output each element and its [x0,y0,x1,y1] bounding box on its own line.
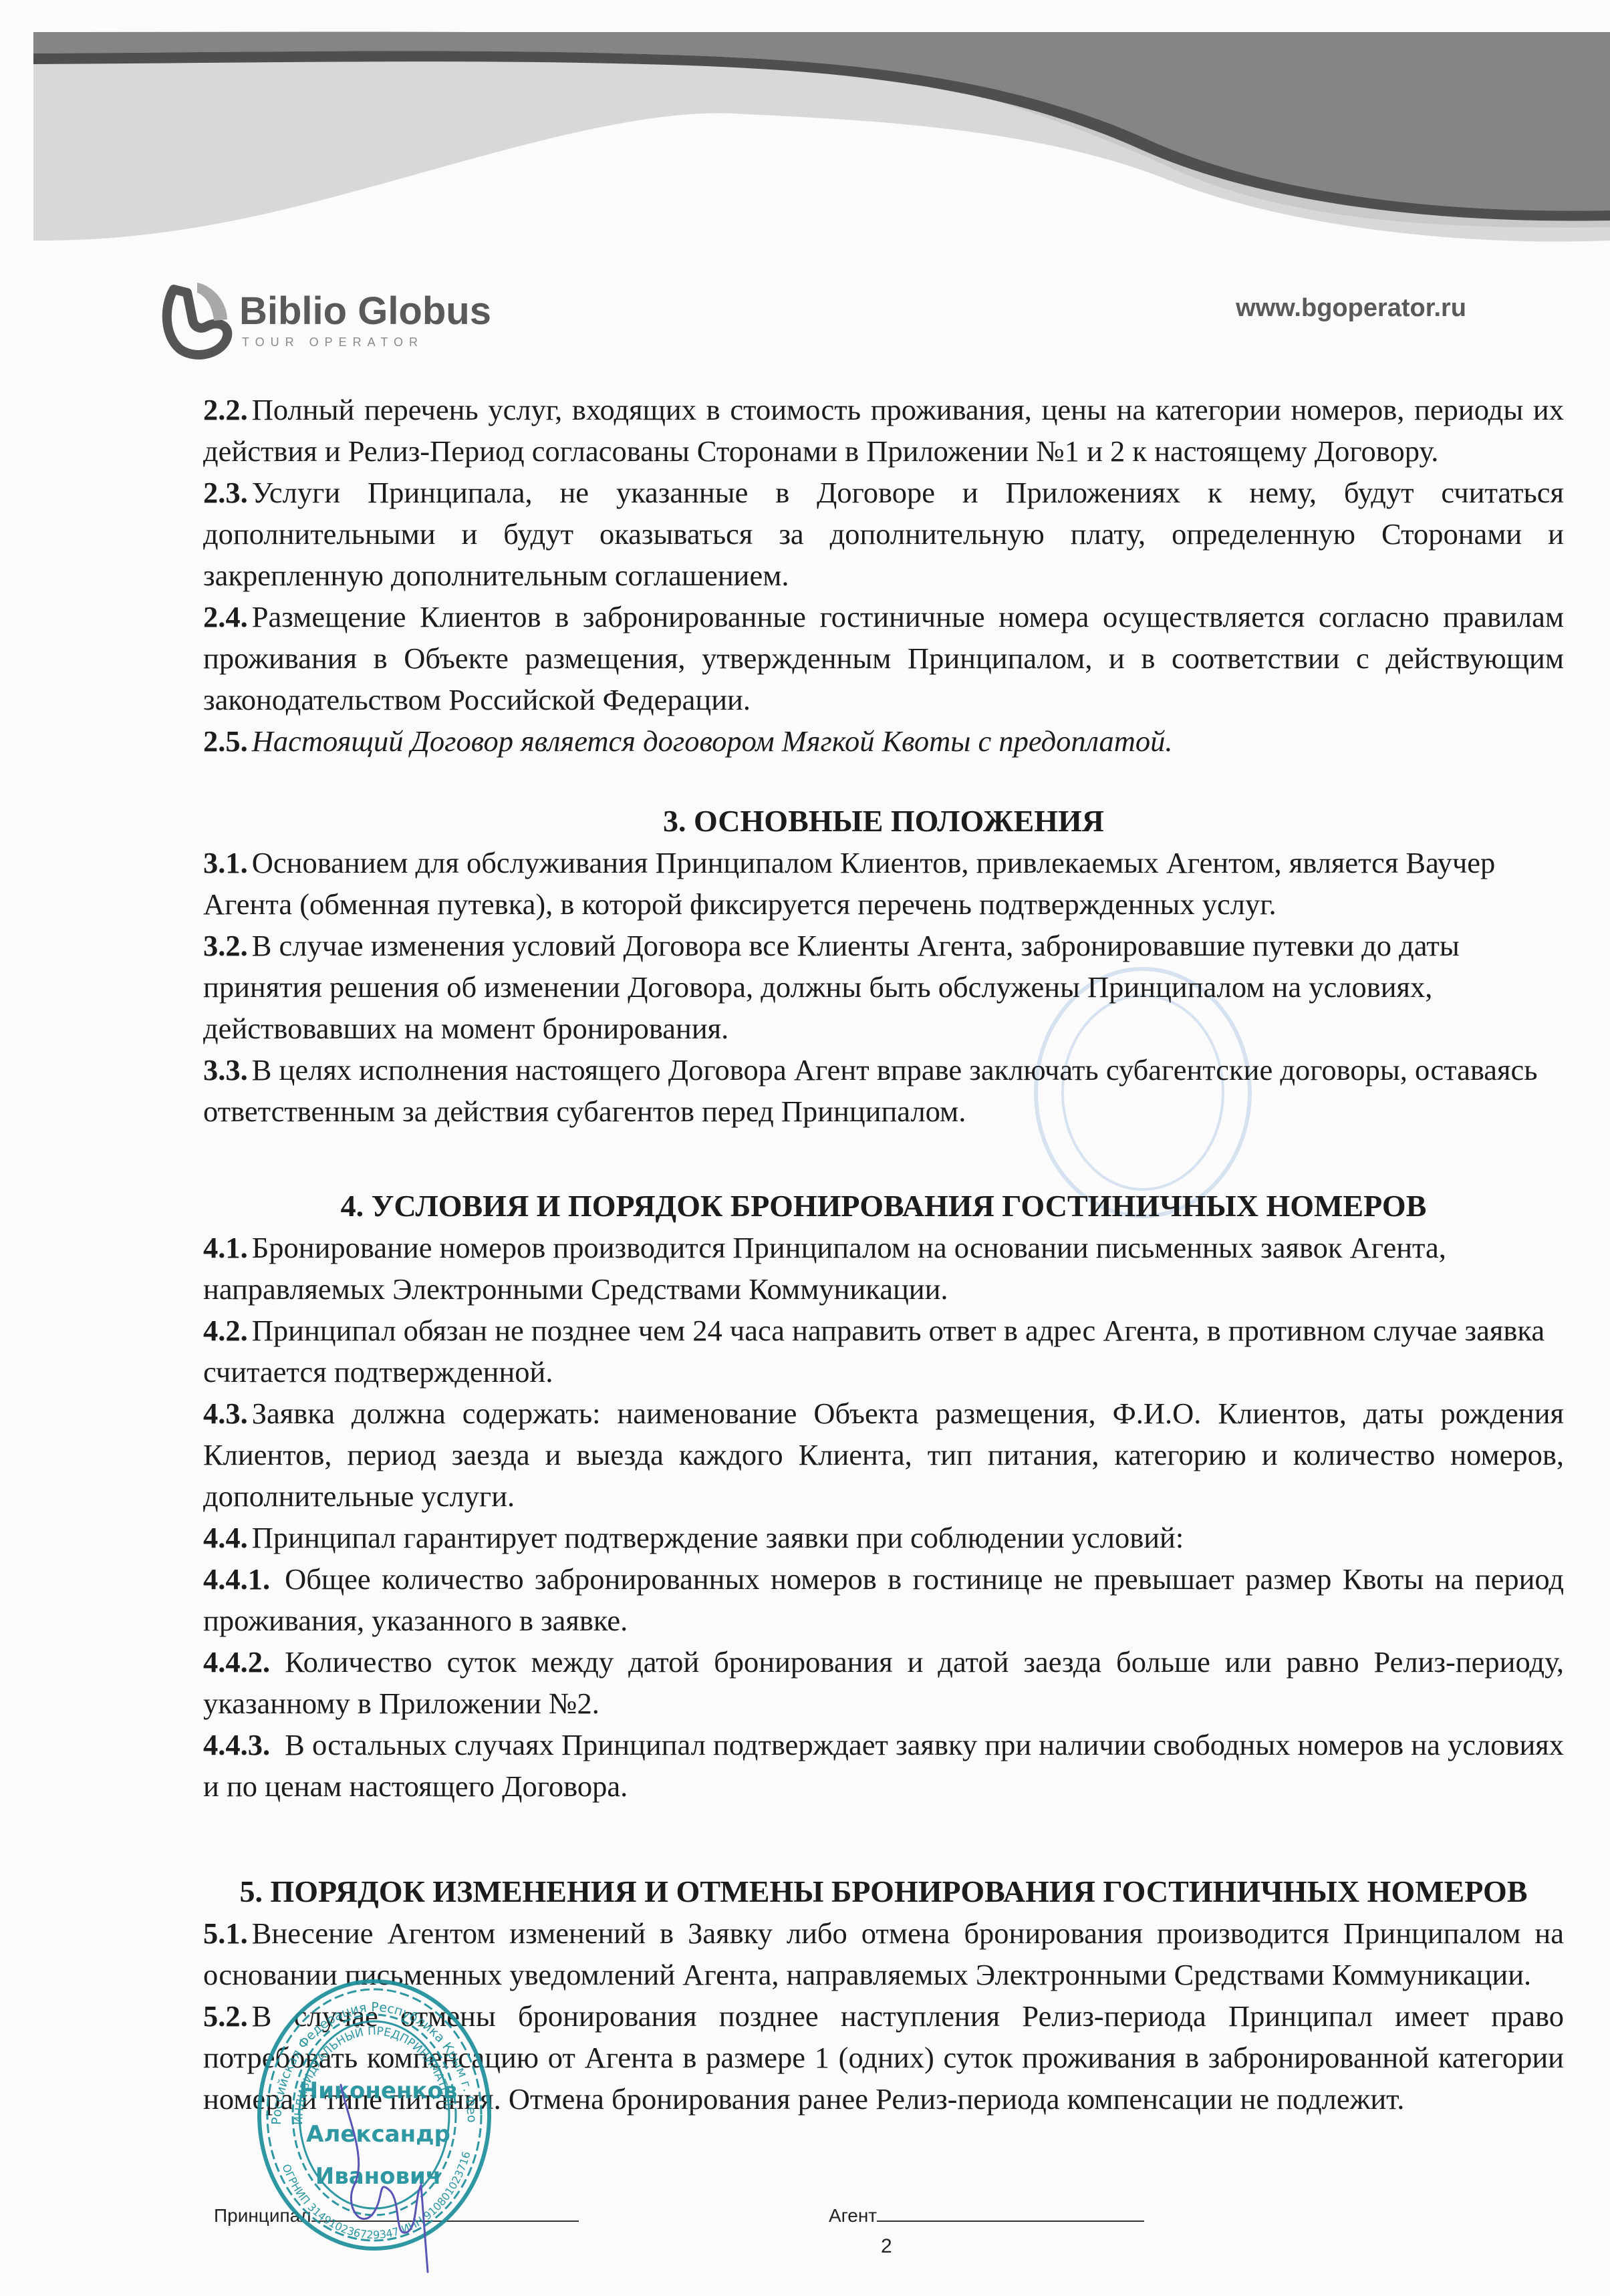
agent-label: Агент [829,2205,877,2226]
agent-signature-line [877,2206,1144,2222]
clause-4-1: 4.1.Бронирование номеров производится Пр… [203,1227,1564,1310]
clause-4-4-1: 4.4.1.Общее количество забронированных н… [203,1558,1564,1641]
clause-3-2: 3.2.В случае изменения условий Договора … [203,925,1564,1049]
section-4-title: 4. УСЛОВИЯ И ПОРЯДОК БРОНИРОВАНИЯ ГОСТИН… [203,1185,1564,1227]
clause-3-3: 3.3.В целях исполнения настоящего Догово… [203,1049,1564,1132]
agent-signature-field: Агент [829,2205,1144,2227]
page-number: 2 [881,2235,892,2258]
clause-4-4-3: 4.4.3.В остальных случаях Принципал подт… [203,1724,1564,1807]
section-3-title: 3. ОСНОВНЫЕ ПОЛОЖЕНИЯ [203,801,1564,842]
brand-tagline: TOUR OPERATOR [242,335,424,349]
clause-3-1: 3.1.Основанием для обслуживания Принципа… [203,842,1564,925]
website-url: www.bgoperator.ru [1236,294,1466,323]
handwritten-signature [327,2078,434,2279]
brand-name: Biblio Globus [239,289,491,333]
document-body: 2.2.Полный перечень услуг, входящих в ст… [203,389,1564,2120]
brand-logo: Biblio Globus TOUR OPERATOR [160,279,535,360]
clause-2-4: 2.4.Размещение Клиентов в забронированны… [203,596,1564,720]
clause-2-2: 2.2.Полный перечень услуг, входящих в ст… [203,389,1564,472]
clause-4-2: 4.2.Принципал обязан не позднее чем 24 ч… [203,1310,1564,1393]
clause-4-3: 4.3.Заявка должна содержать: наименовани… [203,1393,1564,1517]
clause-2-3: 2.3.Услуги Принципала, не указанные в До… [203,472,1564,596]
header-wave-band [0,0,1610,267]
biblio-globus-logo-icon [160,279,234,360]
section-5-title: 5. ПОРЯДОК ИЗМЕНЕНИЯ И ОТМЕНЫ БРОНИРОВАН… [203,1871,1564,1912]
clause-4-4: 4.4.Принципал гарантирует подтверждение … [203,1517,1564,1558]
clause-4-4-2: 4.4.2.Количество суток между датой брони… [203,1641,1564,1724]
clause-2-5: 2.5.Настоящий Договор является договором… [203,720,1564,762]
